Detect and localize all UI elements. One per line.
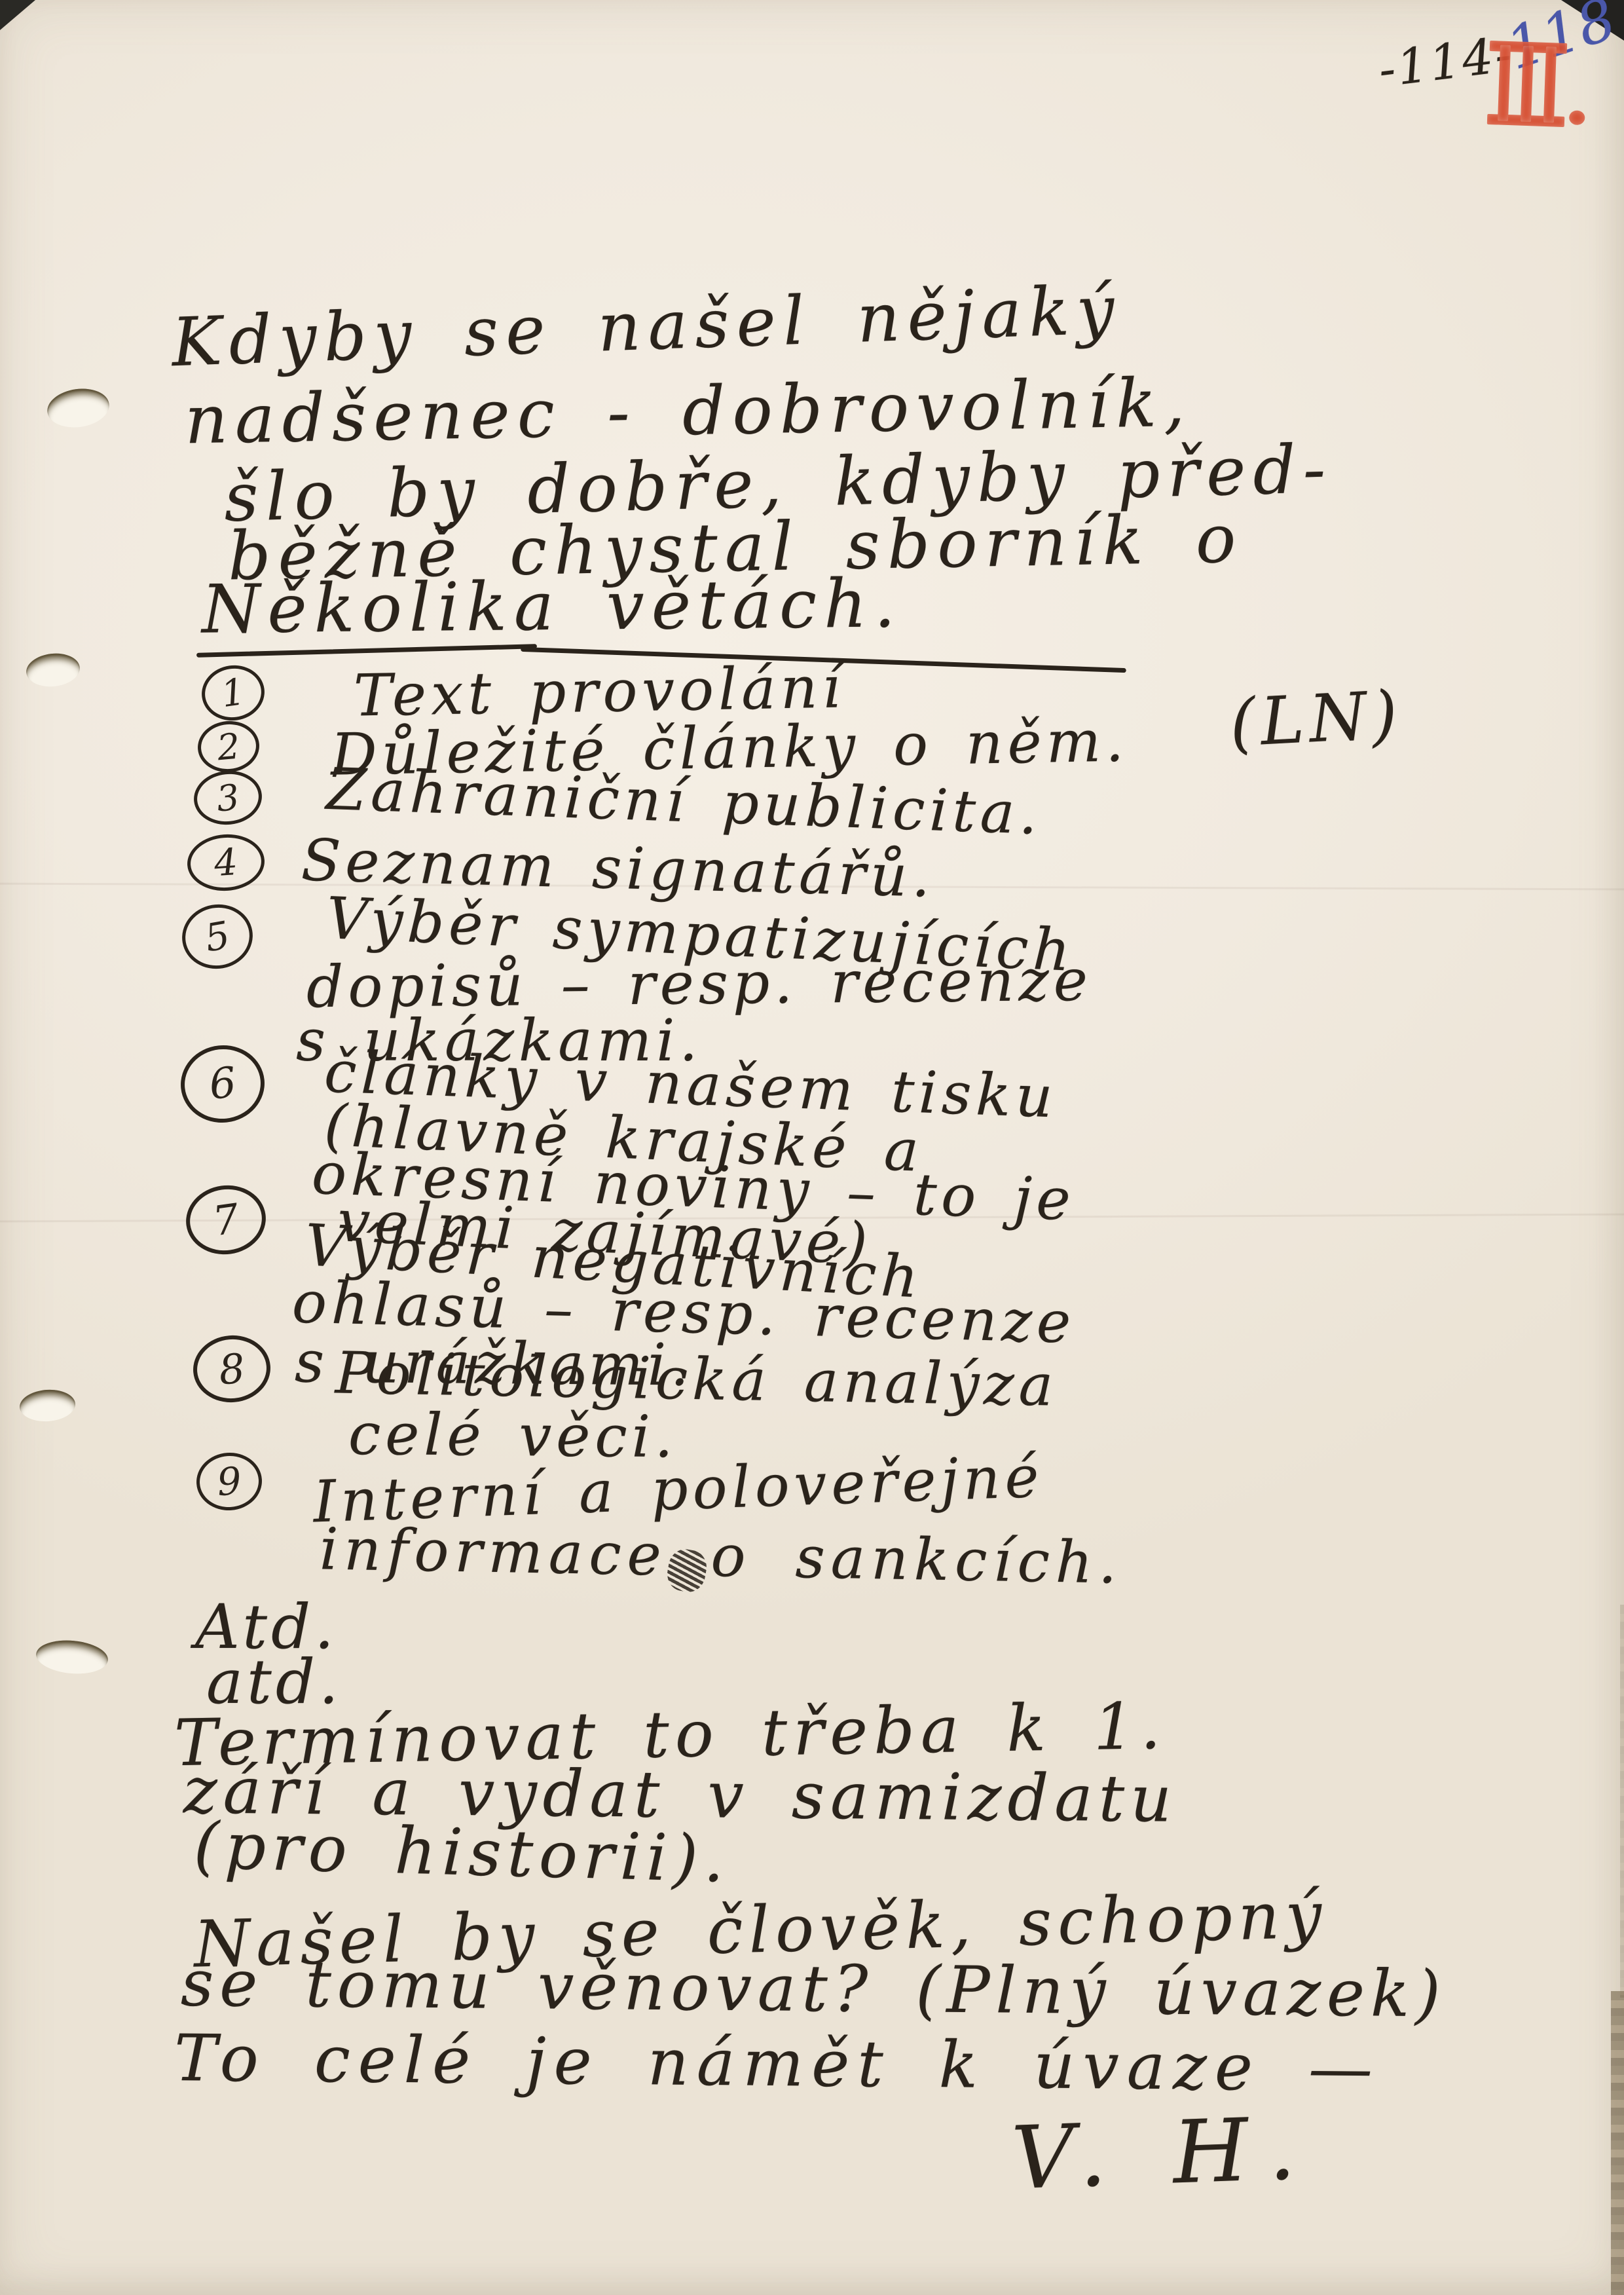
punch-hole (35, 1637, 109, 1676)
stamp-bar (1543, 47, 1557, 122)
list-item-number: 8 (217, 1344, 247, 1394)
list-item-circle: 9 (194, 1451, 264, 1513)
closing-deadline-line: (pro historii). (193, 1814, 731, 1892)
closing-question-line: se tomu věnovat? (Plný úvazek) (181, 1952, 1447, 2027)
list-item-line: informace o sankcích. (319, 1520, 1123, 1592)
stamp-period-dot (1569, 110, 1585, 125)
stamp-bar (1521, 46, 1534, 122)
list-item-circle: 1 (198, 662, 268, 725)
intro-line: Kdyby se našel nějaký (171, 277, 1122, 377)
torn-edge-shadow (1620, 1605, 1624, 1998)
list-item-circle: 3 (191, 768, 265, 828)
list-item-number: 1 (219, 670, 248, 715)
scanned-handwritten-page: -114- 118 III. Kdyby se našel nějaký nad… (0, 0, 1624, 2295)
list-item-circle: 8 (191, 1332, 273, 1406)
list-item-number: 3 (215, 776, 242, 819)
list-item-number: 4 (213, 840, 239, 884)
list-item-aside: (LN) (1228, 682, 1405, 756)
list-item-number: 6 (207, 1058, 238, 1110)
scan-corner-mark-top-left (0, 0, 35, 30)
list-item-number: 2 (215, 725, 242, 768)
punch-hole (45, 385, 111, 432)
list-item-circle: 5 (177, 899, 257, 974)
punch-hole (18, 1388, 76, 1423)
list-item-number: 7 (210, 1195, 242, 1246)
list-item-number: 5 (202, 912, 233, 960)
torn-edge-shadow (1611, 1991, 1624, 2295)
stamp-bar (1498, 45, 1511, 121)
list-item-circle: 6 (177, 1041, 268, 1127)
list-item-circle: 7 (181, 1180, 270, 1259)
roman-numeral-stamp: III. (1493, 41, 1561, 126)
intro-line: Několika větách. (202, 570, 903, 643)
punch-hole (25, 651, 82, 689)
signature: V. H. (1010, 2105, 1317, 2202)
closing-final-line: To celé je námět k úvaze — (174, 2026, 1381, 2101)
list-item-circle: 2 (196, 718, 261, 775)
list-item-number: 9 (215, 1459, 243, 1504)
